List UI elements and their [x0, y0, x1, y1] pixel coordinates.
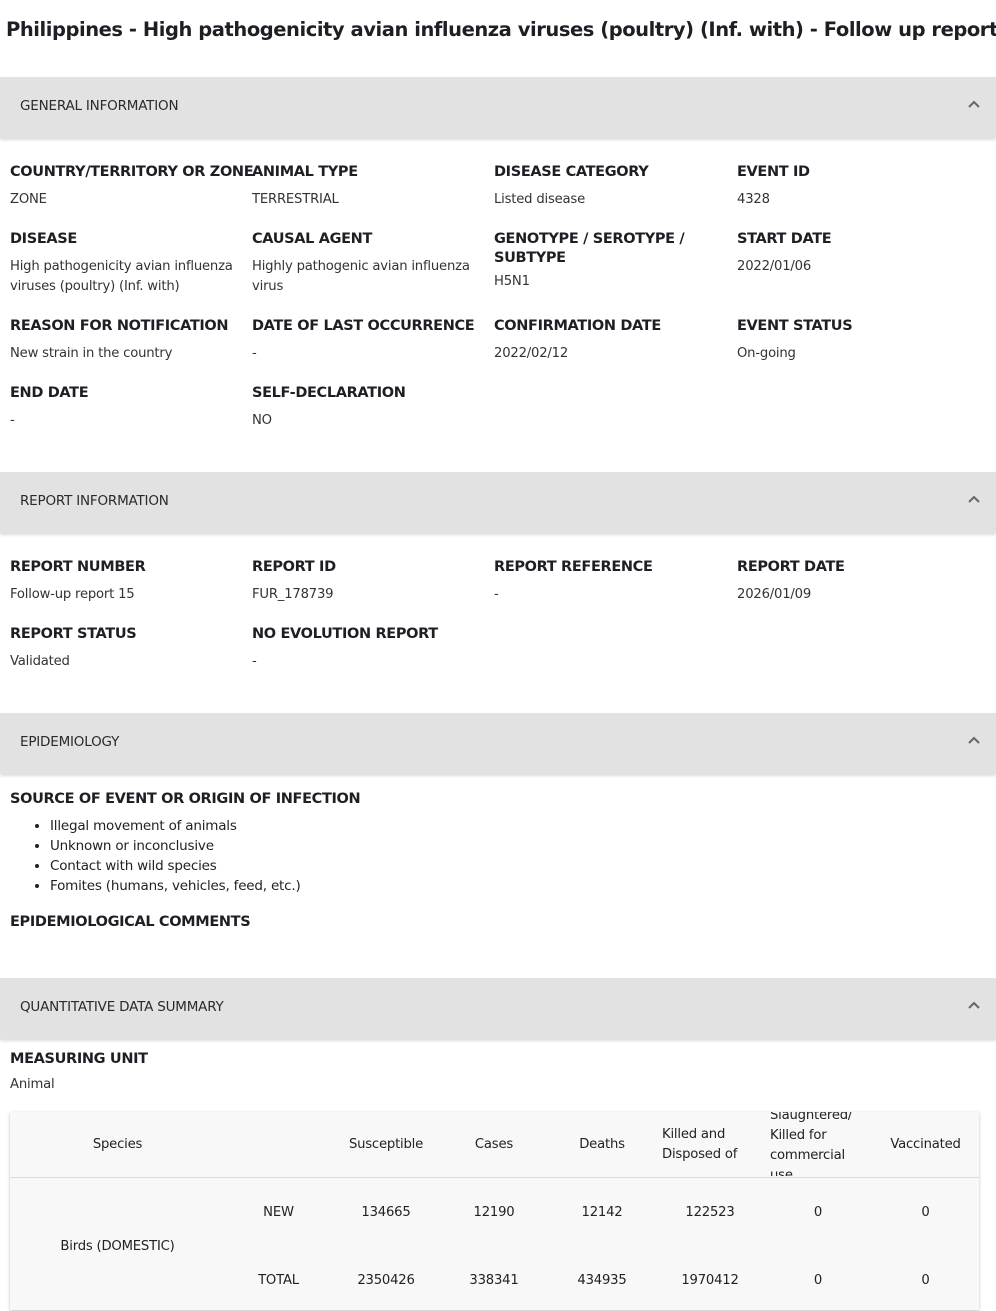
list-item: Illegal movement of animals: [50, 816, 301, 836]
field-causal-agent: CAUSAL AGENT Highly pathogenic avian inf…: [252, 230, 492, 297]
list-item: Fomites (humans, vehicles, feed, etc.): [50, 876, 301, 896]
field-label: GENOTYPE / SEROTYPE / SUBTYPE: [494, 230, 694, 268]
field-disease-category: DISEASE CATEGORY Listed disease: [494, 163, 734, 210]
field-label: CONFIRMATION DATE: [494, 317, 734, 336]
field-end-date: END DATE -: [10, 384, 250, 431]
field-value: -: [252, 652, 492, 672]
field-value: 2022/01/06: [737, 257, 977, 277]
slaughtered-cell: 0: [764, 1246, 872, 1311]
column-header-cases: Cases: [440, 1112, 548, 1178]
susceptible-cell: 134665: [332, 1178, 440, 1247]
field-label: REPORT REFERENCE: [494, 558, 734, 577]
field-disease: DISEASE High pathogenicity avian influen…: [10, 230, 252, 297]
list-item: Unknown or inconclusive: [50, 836, 301, 856]
field-value: New strain in the country: [10, 344, 250, 364]
killed-disposed-cell: 1970412: [656, 1246, 764, 1311]
field-label: REPORT STATUS: [10, 625, 250, 644]
field-value: 2026/01/09: [737, 585, 977, 605]
killed-disposed-cell: 122523: [656, 1178, 764, 1247]
field-report-number: REPORT NUMBER Follow-up report 15: [10, 558, 250, 605]
field-label: CAUSAL AGENT: [252, 230, 492, 249]
field-animal-type: ANIMAL TYPE TERRESTRIAL: [252, 163, 492, 210]
chevron-up-icon[interactable]: [966, 97, 982, 113]
section-header-epidemiology[interactable]: EPIDEMIOLOGY: [0, 713, 996, 774]
cases-cell: 338341: [440, 1246, 548, 1311]
section-title: EPIDEMIOLOGY: [20, 734, 119, 750]
field-value: Listed disease: [494, 190, 734, 210]
column-header-species: Species: [10, 1112, 225, 1178]
column-header-type: [225, 1112, 332, 1178]
column-header-slaughtered: Slaughtered/ Killed for commercial use: [764, 1112, 872, 1178]
section-title: REPORT INFORMATION: [20, 493, 169, 509]
slaughtered-cell: 0: [764, 1178, 872, 1247]
field-report-date: REPORT DATE 2026/01/09: [737, 558, 977, 605]
cases-cell: 12190: [440, 1178, 548, 1247]
field-source-of-event: SOURCE OF EVENT OR ORIGIN OF INFECTION: [10, 790, 510, 809]
field-value: -: [252, 344, 492, 364]
field-value: -: [494, 585, 734, 605]
field-start-date: START DATE 2022/01/06: [737, 230, 977, 277]
list-item: Contact with wild species: [50, 856, 301, 876]
field-report-id: REPORT ID FUR_178739: [252, 558, 492, 605]
field-label: EVENT STATUS: [737, 317, 977, 336]
field-event-status: EVENT STATUS On-going: [737, 317, 977, 364]
column-header-susceptible: Susceptible: [332, 1112, 440, 1178]
field-label: SELF-DECLARATION: [252, 384, 492, 403]
field-confirmation-date: CONFIRMATION DATE 2022/02/12: [494, 317, 734, 364]
field-label: DISEASE CATEGORY: [494, 163, 734, 182]
field-no-evolution-report: NO EVOLUTION REPORT -: [252, 625, 492, 672]
field-value: TERRESTRIAL: [252, 190, 492, 210]
field-label: ANIMAL TYPE: [252, 163, 492, 182]
field-label: REPORT NUMBER: [10, 558, 250, 577]
field-label: REASON FOR NOTIFICATION: [10, 317, 250, 336]
page-title: Philippines - High pathogenicity avian i…: [6, 18, 996, 41]
section-header-report-information[interactable]: REPORT INFORMATION: [0, 472, 996, 533]
chevron-up-icon[interactable]: [966, 733, 982, 749]
chevron-up-icon[interactable]: [966, 998, 982, 1014]
field-label: REPORT DATE: [737, 558, 977, 577]
field-value: NO: [252, 411, 492, 431]
field-value: H5N1: [494, 272, 734, 292]
field-value: Animal: [10, 1075, 250, 1095]
column-header-vaccinated: Vaccinated: [872, 1112, 979, 1178]
field-report-status: REPORT STATUS Validated: [10, 625, 250, 672]
field-genotype-serotype-subtype: GENOTYPE / SEROTYPE / SUBTYPE H5N1: [494, 230, 734, 292]
susceptible-cell: 2350426: [332, 1246, 440, 1311]
field-reason-for-notification: REASON FOR NOTIFICATION New strain in th…: [10, 317, 250, 364]
field-value: 2022/02/12: [494, 344, 734, 364]
column-header-deaths: Deaths: [548, 1112, 656, 1178]
field-label: DATE OF LAST OCCURRENCE: [252, 317, 492, 336]
vaccinated-cell: 0: [872, 1246, 979, 1311]
field-label: SOURCE OF EVENT OR ORIGIN OF INFECTION: [10, 790, 510, 809]
column-header-killed-disposed: Killed and Disposed of: [656, 1112, 764, 1178]
section-header-quantitative-data-summary[interactable]: QUANTITATIVE DATA SUMMARY: [0, 978, 996, 1039]
field-label: END DATE: [10, 384, 250, 403]
table-header-row: Species Susceptible Cases Deaths Killed …: [10, 1112, 979, 1178]
field-value: Highly pathogenic avian influenza virus: [252, 257, 492, 297]
section-title: QUANTITATIVE DATA SUMMARY: [20, 999, 224, 1015]
deaths-cell: 434935: [548, 1246, 656, 1311]
field-report-reference: REPORT REFERENCE -: [494, 558, 734, 605]
field-label: COUNTRY/TERRITORY OR ZONE: [10, 163, 250, 182]
field-measuring-unit: MEASURING UNIT Animal: [10, 1050, 250, 1095]
field-label: NO EVOLUTION REPORT: [252, 625, 492, 644]
field-label: REPORT ID: [252, 558, 492, 577]
field-label: MEASURING UNIT: [10, 1050, 250, 1069]
field-date-of-last-occurrence: DATE OF LAST OCCURRENCE -: [252, 317, 492, 364]
species-cell: Birds (DOMESTIC): [10, 1178, 225, 1311]
vaccinated-cell: 0: [872, 1178, 979, 1247]
section-title: GENERAL INFORMATION: [20, 98, 178, 114]
field-event-id: EVENT ID 4328: [737, 163, 977, 210]
field-value: ZONE: [10, 190, 250, 210]
source-list: Illegal movement of animals Unknown or i…: [10, 816, 301, 896]
field-value: 4328: [737, 190, 977, 210]
field-label: START DATE: [737, 230, 977, 249]
section-header-general-information[interactable]: GENERAL INFORMATION: [0, 77, 996, 138]
row-type-cell: TOTAL: [225, 1246, 332, 1311]
chevron-up-icon[interactable]: [966, 492, 982, 508]
field-value: Validated: [10, 652, 250, 672]
table-row: Birds (DOMESTIC) NEW 134665 12190 12142 …: [10, 1178, 979, 1247]
field-value: High pathogenicity avian influenza virus…: [10, 257, 252, 297]
field-epidemiological-comments: EPIDEMIOLOGICAL COMMENTS: [10, 913, 510, 932]
field-self-declaration: SELF-DECLARATION NO: [252, 384, 492, 431]
quantitative-data-table: Species Susceptible Cases Deaths Killed …: [10, 1112, 979, 1310]
field-label: EVENT ID: [737, 163, 977, 182]
field-country-territory-zone: COUNTRY/TERRITORY OR ZONE ZONE: [10, 163, 250, 210]
header-text: Slaughtered/ Killed for commercial use: [770, 1112, 866, 1176]
field-value: On-going: [737, 344, 977, 364]
deaths-cell: 12142: [548, 1178, 656, 1247]
field-value: Follow-up report 15: [10, 585, 250, 605]
field-label: DISEASE: [10, 230, 252, 249]
row-type-cell: NEW: [225, 1178, 332, 1247]
field-value: -: [10, 411, 250, 431]
field-value: FUR_178739: [252, 585, 492, 605]
field-label: EPIDEMIOLOGICAL COMMENTS: [10, 913, 510, 932]
